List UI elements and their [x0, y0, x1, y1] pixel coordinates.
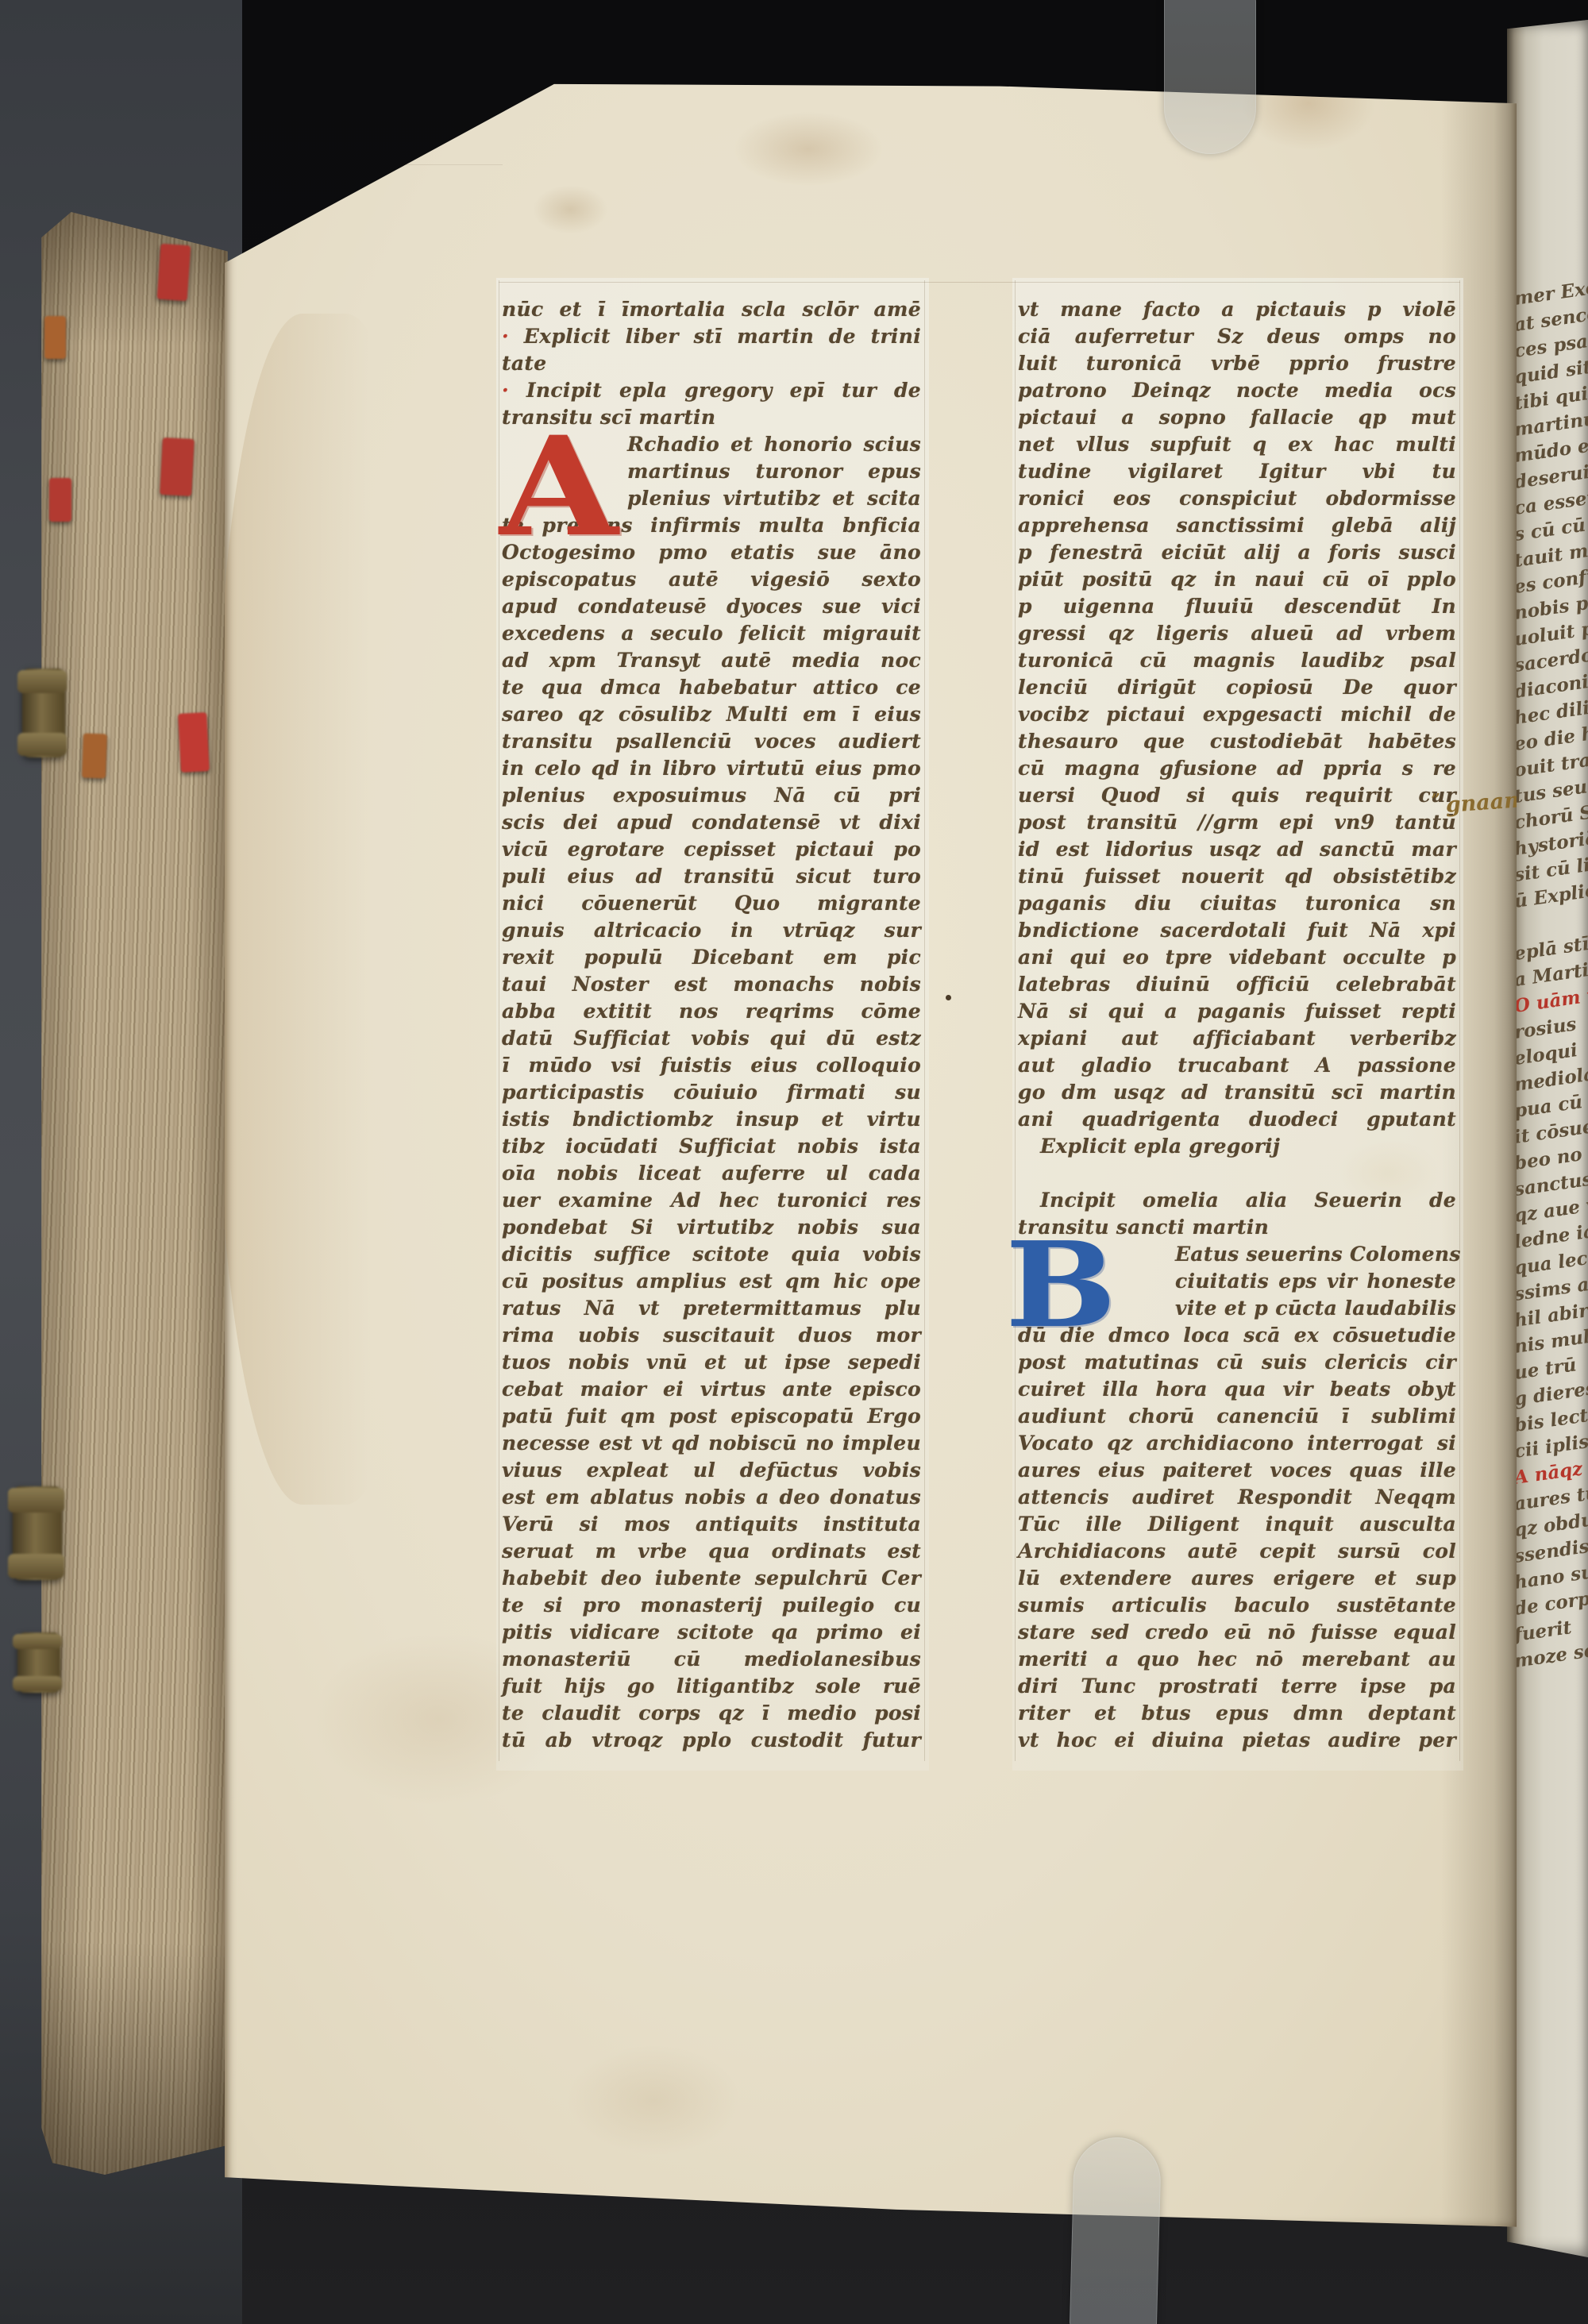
red-initial-A: A [499, 426, 618, 546]
text-line: sumis articulis baculo sustētante [1018, 1592, 1456, 1619]
text-line: diri Tunc prostrati terre ipse pa [1018, 1673, 1456, 1700]
stain [566, 2045, 741, 2156]
right-page-text-fragments: mer Excitisat sencē Quices psalleiciquid… [1515, 288, 1588, 1677]
text-line: sareo qz cōsulibz Multi em ī eius [502, 701, 921, 728]
text-line: pictaui a sopno fallacie qp mut [1018, 404, 1456, 431]
text-line: tibz iocūdati Sufficiat nobis ista [502, 1133, 921, 1160]
text-line: tate [502, 350, 921, 377]
text-line: episcopatus autē vigesiō sexto [502, 566, 921, 593]
text-line: cū magna gfusione ad ppria s re [1018, 755, 1456, 782]
text-line: id est lidorius usqz ad sanctū mar [1018, 836, 1456, 863]
ruling-line-vertical [1459, 280, 1460, 1761]
text-line: nūc et ī īmortalia scla sclōr amē [502, 296, 921, 323]
text-line: ciā auferretur Sz deus omps no [1018, 323, 1456, 350]
text-line: excedens a seculo felicit migrauit [502, 620, 921, 647]
right-page-strip: mer Excitisat sencē Quices psalleiciquid… [1507, 20, 1588, 2257]
text-line: Explicit epla gregorij [1018, 1133, 1456, 1160]
text-line: post transitū //grm epi vn9 tantū [1018, 809, 1456, 836]
book-clasp [17, 1632, 60, 1693]
text-line: Verū si mos antiquits instituta [502, 1511, 921, 1538]
book-strap-top [1164, 0, 1256, 154]
book-clasp [13, 1486, 62, 1580]
manuscript-photo: mer Excitisat sencē Quices psalleiciquid… [0, 0, 1588, 2324]
book-clasp [22, 669, 65, 757]
text-line: Explicit liber stī martin de trini [502, 323, 921, 350]
ruling-line-horizontal [499, 282, 1460, 283]
text-line: Incipit omelia alia Seuerin de [1018, 1187, 1456, 1214]
text-line: viuus expleat ul defūctus vobis [502, 1457, 921, 1484]
text-line: piūt positū qz in naui cū oī pplo [1018, 566, 1456, 593]
text-line: cuiret illa hora qua vir beats obyt [1018, 1376, 1456, 1403]
text-line: bndictione sacerdotali fuit Nā xpi [1018, 917, 1456, 944]
text-line: go dm usqz ad transitū scī martin [1018, 1079, 1456, 1106]
text-line: te qua dmca habebatur attico ce [502, 674, 921, 701]
text-line: ani quadrigenta duodeci gputant [1018, 1106, 1456, 1133]
text-line: luit turonicā vrbē pprio frustre [1018, 350, 1456, 377]
text-line: oīa nobis liceat auferre ul cada [502, 1160, 921, 1187]
text-line: plenius exposuimus Nā cū pri [502, 782, 921, 809]
text-line: lū extendere aures erigere et sup [1018, 1565, 1456, 1592]
text-line: rexit populū Dicebant em pic [502, 944, 921, 971]
text-line: cebat maior ei virtus ante episco [502, 1376, 921, 1403]
text-line: uersi Quod si quis requirit cur [1018, 782, 1456, 809]
text-line: aut gladio trucabant A passione [1018, 1052, 1456, 1079]
text-line: te si pro monasterij puilegio cu [502, 1592, 921, 1619]
text-line [1018, 1160, 1456, 1187]
blue-initial-B: B [1005, 1233, 1116, 1336]
text-line: aures eius paiteret voces quas ille [1018, 1457, 1456, 1484]
text-line: fuit hijs go litigantibz sole ruē [502, 1673, 921, 1700]
text-line: paganis diu ciuitas turonica sn [1018, 890, 1456, 917]
text-line: abba extitit nos reqrims cōme [502, 998, 921, 1025]
text-line: Archidiacons autē cepit sursū col [1018, 1538, 1456, 1565]
text-column-2: vt mane facto a pictauis p violēciā aufe… [1018, 296, 1456, 1754]
text-line: te claudit corps qz ī medio posi [502, 1700, 921, 1727]
bookmark-tab-orange [82, 733, 107, 778]
text-line: xpiani aut afficiabant verberibz [1018, 1025, 1456, 1052]
text-line: Vocato qz archidiacono interrogat si [1018, 1430, 1456, 1457]
bookmark-tab-orange [44, 316, 66, 359]
stain [1241, 56, 1376, 151]
text-line: patrono Deinqz nocte media ocs [1018, 377, 1456, 404]
text-line: uer examine Ad hec turonici res [502, 1187, 921, 1214]
text-line: participastis cōuiuio firmati su [502, 1079, 921, 1106]
punctus-dot [946, 995, 951, 1000]
text-line: est em ablatus nobis a deo donatus [502, 1484, 921, 1511]
text-line: pitis vidicare scitote qa primo ei [502, 1619, 921, 1646]
text-line: ī mūdo vsi fuistis eius colloquio [502, 1052, 921, 1079]
bookmark-tab-red [157, 244, 191, 301]
text-line: lenciū dirigūt copiosū De quor [1018, 674, 1456, 701]
bookmark-tab-red [49, 478, 71, 522]
text-line: istis bndictiombz insup et virtu [502, 1106, 921, 1133]
text-line: vicū egrotare cepisset pictaui po [502, 836, 921, 863]
text-line: ronici eos conspiciut obdormisse [1018, 485, 1456, 512]
text-line: taui Noster est monachs nobis [502, 971, 921, 998]
insertion-mark: ” [1431, 789, 1441, 809]
text-line: ani qui eo tpre videbant occulte p [1018, 944, 1456, 971]
text-line: vt mane facto a pictauis p violē [1018, 296, 1456, 323]
text-line: in celo qd in libro virtutū eius pmo [502, 755, 921, 782]
text-line: riter et btus epus dmn deptant [1018, 1700, 1456, 1727]
ruling-line-horizontal [225, 164, 503, 165]
text-line: puli eius ad transitū sicut turo [502, 863, 921, 890]
text-line: stare sed credo eū nō fuisse equal [1018, 1619, 1456, 1646]
bookmark-tab-red [178, 712, 210, 773]
text-line: net vllus supfuit q ex hac multi [1018, 431, 1456, 458]
text-line: scis dei apud condatensē vt dixi [502, 809, 921, 836]
text-line: Nā si qui a paganis fuisset repti [1018, 998, 1456, 1025]
text-line: apud condateusē dyoces sue vici [502, 593, 921, 620]
ruling-line-vertical [924, 280, 925, 1761]
text-line: tū ab vtroqz pplo custodit futur [502, 1727, 921, 1754]
text-line: Tūc ille Diligent inquit ausculta [1018, 1511, 1456, 1538]
text-line: p fenestrā eiciūt alij a foris susci [1018, 539, 1456, 566]
text-line: habebit deo iubente sepulchrū Cer [502, 1565, 921, 1592]
text-line: monasteriū cū mediolanesibus [502, 1646, 921, 1673]
text-line: Incipit epla gregory epī tur de [502, 377, 921, 404]
text-line: tudine vigilaret Igitur vbi tu [1018, 458, 1456, 485]
text-line: audiunt chorū canenciū ī sublimi [1018, 1403, 1456, 1430]
stain [533, 185, 608, 234]
water-stain [217, 314, 431, 1505]
text-line: meriti a quo hec nō merebant au [1018, 1646, 1456, 1673]
text-line: dicitis suffice scitote quia vobis [502, 1241, 921, 1268]
left-page: nūc et ī īmortalia scla sclōr amēExplici… [225, 75, 1517, 2231]
text-line: apprehensa sanctissimi glebā alij [1018, 512, 1456, 539]
text-line: attencis audiret Respondit Neqqm [1018, 1484, 1456, 1511]
text-line: seruat m vrbe qua ordinats est [502, 1538, 921, 1565]
text-line: tuos nobis vnū et ut ipse sepedi [502, 1349, 921, 1376]
text-line: p uigenna fluuiū descendūt In [1018, 593, 1456, 620]
text-line: gressi qz ligeris alueū ad vrbem [1018, 620, 1456, 647]
stain [733, 111, 884, 187]
text-line: rima uobis suscitauit duos mor [502, 1322, 921, 1349]
text-line: ad xpm Transyt autē media noc [502, 647, 921, 674]
text-line: gnuis altricacio in vtrūqz sur [502, 917, 921, 944]
text-line: nici cōuenerūt Quo migrante [502, 890, 921, 917]
text-line: datū Sufficiat vobis qui dū estz [502, 1025, 921, 1052]
book-strap-bottom [1070, 2137, 1162, 2324]
text-line: transitu psallenciū voces audiert [502, 728, 921, 755]
text-line: pondebat Si virtutibz nobis sua [502, 1214, 921, 1241]
text-line: patū fuit qm post episcopatū Ergo [502, 1403, 921, 1430]
text-line: latebras diuinū officiū celebrabāt [1018, 971, 1456, 998]
text-line: vocibz pictaui expgesacti michil de [1018, 701, 1456, 728]
text-line: tinū fuisset nouerit qd obsistētibz [1018, 863, 1456, 890]
ruling-line-vertical [1015, 280, 1016, 1761]
text-line: ratus Nā vt pretermittamus plu [502, 1295, 921, 1322]
text-line: cū positus amplius est qm hic ope [502, 1268, 921, 1295]
bookmark-tab-red [160, 437, 195, 496]
text-line: turonicā cū magnis laudibz psal [1018, 647, 1456, 674]
text-line: necesse est vt qd nobiscū no impleu [502, 1430, 921, 1457]
text-line: thesauro que custodiebāt habētes [1018, 728, 1456, 755]
text-line: vt hoc ei diuina pietas audire per [1018, 1727, 1456, 1754]
